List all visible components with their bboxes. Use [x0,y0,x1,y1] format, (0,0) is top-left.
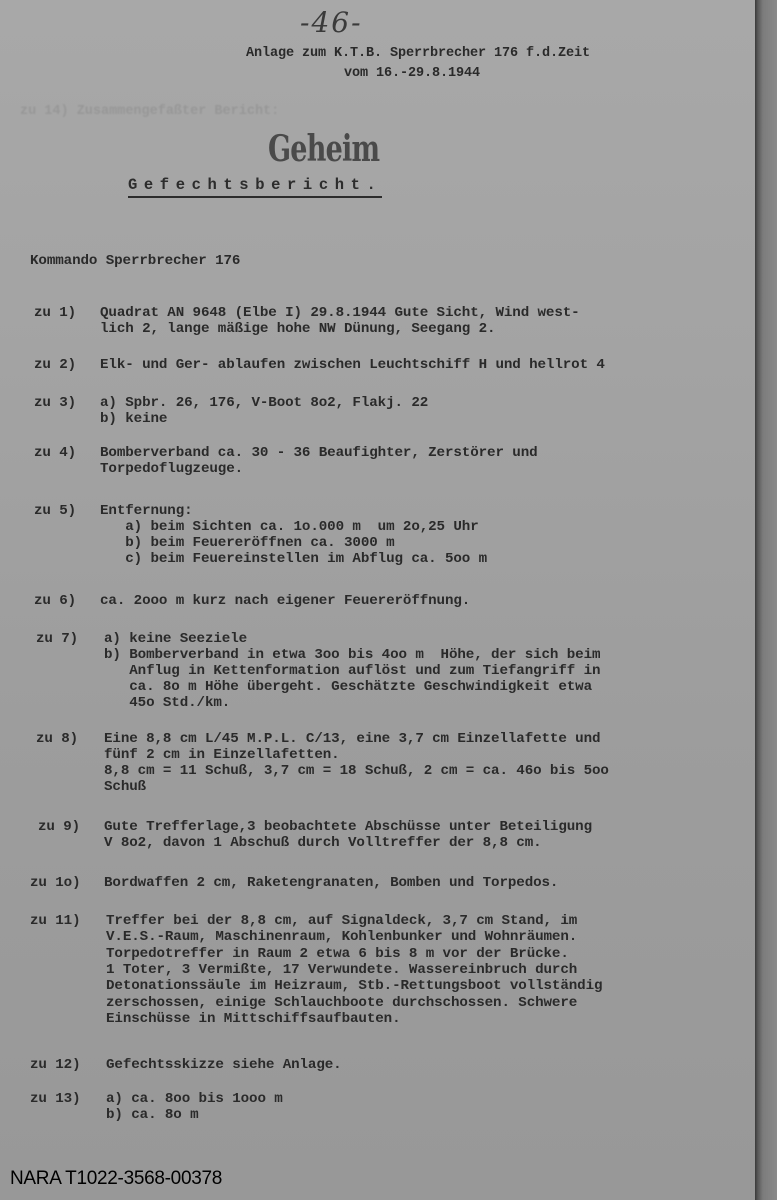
item-number: zu 1o) [30,876,80,891]
item-number: zu 6) [34,594,76,609]
item-text-line: a) beim Sichten ca. 1o.000 m um 2o,25 Uh… [100,520,479,535]
item-text-line: Eine 8,8 cm L/45 M.P.L. C/13, eine 3,7 c… [104,732,600,747]
item-text-line: a) keine Seeziele [104,632,247,647]
item-text-line: Einschüsse in Mittschiffsaufbauten. [106,1012,401,1027]
item-number: zu 12) [30,1058,80,1073]
item-text-line: Bordwaffen 2 cm, Raketengranaten, Bomben… [104,876,558,891]
item-number: zu 13) [30,1092,80,1107]
item-text-line: 45o Std./km. [104,696,230,711]
item-number: zu 3) [34,396,76,411]
item-text-line: ca. 8o m Höhe übergeht. Geschätzte Gesch… [104,680,592,695]
item-text-line: Elk- und Ger- ablaufen zwischen Leuchtsc… [100,358,605,373]
item-text-line: Gute Trefferlage,3 beobachtete Abschüsse… [104,820,592,835]
item-number: zu 1) [34,306,76,321]
item-text-line: Bomberverband ca. 30 - 36 Beaufighter, Z… [100,446,538,461]
item-number: zu 5) [34,504,76,519]
item-text-line: a) Spbr. 26, 176, V-Boot 8o2, Flakj. 22 [100,396,428,411]
item-text-line: Quadrat AN 9648 (Elbe I) 29.8.1944 Gute … [100,306,580,321]
item-text-line: lich 2, lange mäßige hohe NW Dünung, See… [100,322,495,337]
item-text-line: Entfernung: [100,504,193,519]
item-number: zu 8) [36,732,78,747]
item-text-line: Torpedotreffer in Raum 2 etwa 6 bis 8 m … [106,947,569,962]
page-edge [755,0,777,1200]
item-text-line: b) ca. 8o m [106,1108,199,1123]
item-text-line: 1 Toter, 3 Vermißte, 17 Verwundete. Wass… [106,963,577,978]
item-text-line: Detonationssäule im Heizraum, Stb.-Rettu… [106,979,602,994]
item-number: zu 4) [34,446,76,461]
item-text-line: c) beim Feuereinstellen im Abflug ca. 5o… [100,552,487,567]
item-text-line: Anflug in Kettenformation auflöst und zu… [104,664,600,679]
item-text-line: b) keine [100,412,167,427]
bleed-through-heading: zu 14) Zusammengefaßter Bericht: [20,104,279,119]
item-number: zu 9) [38,820,80,835]
page-number: -46- [300,6,363,39]
header-line-1: Anlage zum K.T.B. Sperrbrecher 176 f.d.Z… [246,46,590,61]
command-line: Kommando Sperrbrecher 176 [30,254,240,269]
item-text-line: b) beim Feuereröffnen ca. 3000 m [100,536,395,551]
item-text-line: b) Bomberverband in etwa 3oo bis 4oo m H… [104,648,600,663]
item-text-line: Torpedoflugzeuge. [100,462,243,477]
item-text-line: Gefechtsskizze siehe Anlage. [106,1058,342,1073]
item-text-line: zerschossen, einige Schlauchboote durchs… [106,996,577,1011]
document-title: Gefechtsbericht. [128,176,382,198]
item-text-line: V 8o2, davon 1 Abschuß durch Volltreffer… [104,836,542,851]
item-text-line: V.E.S.-Raum, Maschinenraum, Kohlenbunker… [106,930,577,945]
item-number: zu 11) [30,914,80,929]
item-text-line: Treffer bei der 8,8 cm, auf Signaldeck, … [106,914,577,929]
item-number: zu 2) [34,358,76,373]
item-text-line: 8,8 cm = 11 Schuß, 3,7 cm = 18 Schuß, 2 … [104,764,609,779]
item-text-line: Schuß [104,780,146,795]
archive-label: NARA T1022-3568-00378 [10,1168,222,1190]
header-line-2: vom 16.-29.8.1944 [344,66,480,81]
item-text-line: a) ca. 8oo bis 1ooo m [106,1092,283,1107]
item-number: zu 7) [36,632,78,647]
item-text-line: ca. 2ooo m kurz nach eigener Feuereröffn… [100,594,470,609]
classification-stamp: Geheim [268,128,379,170]
item-text-line: fünf 2 cm in Einzellafetten. [104,748,340,763]
